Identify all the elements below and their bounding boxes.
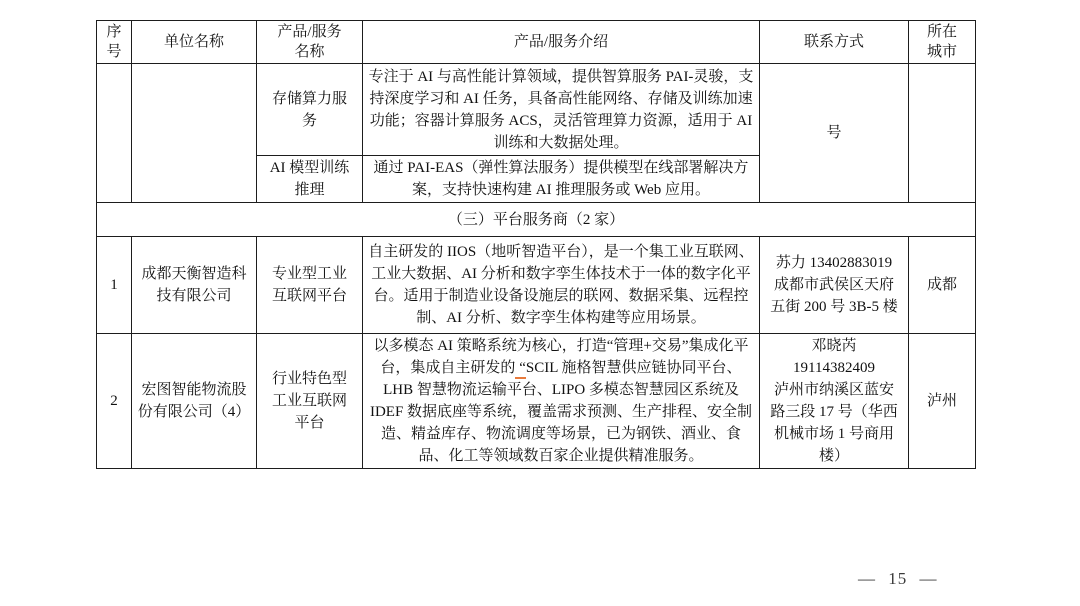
table-header-row: 序 号 单位名称 产品/服务 名称 产品/服务介绍 联系方式 所在 城市	[97, 21, 976, 64]
header-col-city: 所在 城市	[909, 21, 976, 64]
cell-product-storage: 存储算力服 务	[257, 64, 363, 156]
header-col-intro: 产品/服务介绍	[363, 21, 760, 64]
table-section-row: （三）平台服务商（2 家）	[97, 203, 976, 237]
cell-product: 专业型工业 互联网平台	[257, 237, 363, 334]
document-page: 序 号 单位名称 产品/服务 名称 产品/服务介绍 联系方式 所在 城市 存储算…	[0, 0, 1080, 606]
section-title: （三）平台服务商（2 家）	[97, 203, 976, 237]
cell-city: 成都	[909, 237, 976, 334]
grammar-underline-mark: “	[515, 360, 525, 379]
cell-unit: 宏图智能物流股 份有限公司（4）	[132, 334, 257, 469]
cell-contact-carryover: 号	[760, 64, 909, 203]
table-row-2: 2 宏图智能物流股 份有限公司（4） 行业特色型 工业互联网 平台 以多模态 A…	[97, 334, 976, 469]
cell-contact: 邓晓芮 19114382409 泸州市纳溪区蓝安 路三段 17 号（华西 机械市…	[760, 334, 909, 469]
cell-no-empty	[97, 64, 132, 203]
cell-unit: 成都天衡智造科 技有限公司	[132, 237, 257, 334]
cell-no: 1	[97, 237, 132, 334]
table-row-carryover-storage: 存储算力服 务 专注于 AI 与高性能计算领域，提供智算服务 PAI-灵骏，支持…	[97, 64, 976, 156]
cell-unit-empty	[132, 64, 257, 203]
cell-no: 2	[97, 334, 132, 469]
cell-intro-storage: 专注于 AI 与高性能计算领域，提供智算服务 PAI-灵骏，支持深度学习和 AI…	[363, 64, 760, 156]
header-col-contact: 联系方式	[760, 21, 909, 64]
cell-intro: 以多模态 AI 策略系统为核心，打造“管理+交易”集成化平台，集成自主研发的 “…	[363, 334, 760, 469]
cell-intro-inference: 通过 PAI-EAS（弹性算法服务）提供模型在线部署解决方案，支持快速构建 AI…	[363, 156, 760, 203]
header-col-no: 序 号	[97, 21, 132, 64]
cell-intro: 自主研发的 IIOS（地听智造平台），是一个集工业互联网、工业大数据、AI 分析…	[363, 237, 760, 334]
service-provider-table: 序 号 单位名称 产品/服务 名称 产品/服务介绍 联系方式 所在 城市 存储算…	[96, 20, 976, 469]
header-col-product: 产品/服务 名称	[257, 21, 363, 64]
cell-contact: 苏力 13402883019 成都市武侯区天府 五街 200 号 3B-5 楼	[760, 237, 909, 334]
table-row-1: 1 成都天衡智造科 技有限公司 专业型工业 互联网平台 自主研发的 IIOS（地…	[97, 237, 976, 334]
cell-city: 泸州	[909, 334, 976, 469]
header-col-unit: 单位名称	[132, 21, 257, 64]
cell-product: 行业特色型 工业互联网 平台	[257, 334, 363, 469]
cell-product-inference: AI 模型训练 推理	[257, 156, 363, 203]
cell-city-empty	[909, 64, 976, 203]
page-number: — 15 —	[858, 569, 938, 589]
